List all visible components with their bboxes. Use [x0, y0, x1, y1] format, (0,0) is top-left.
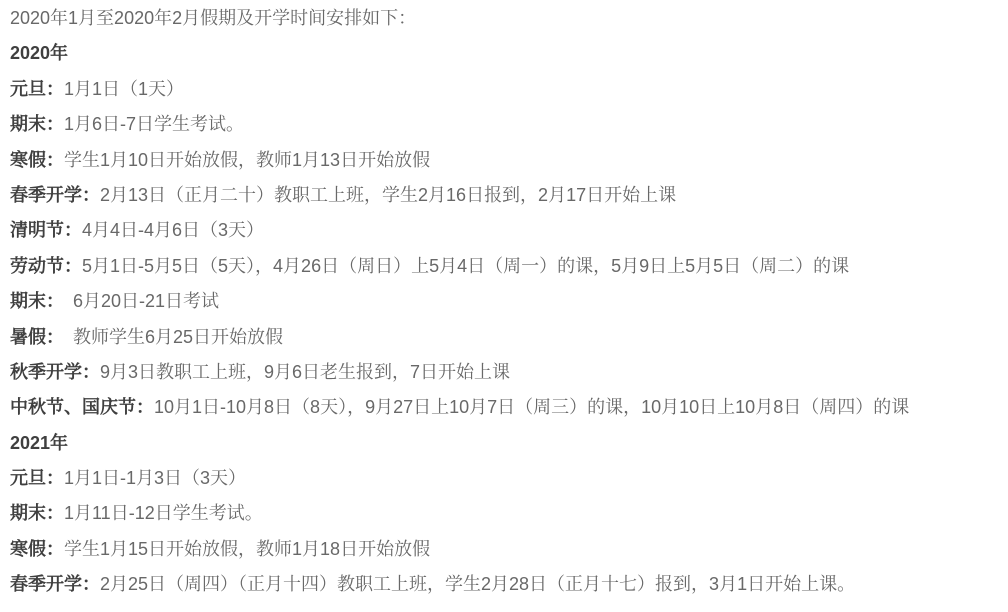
schedule-line-new-year-2021: 元旦：1月1日-1月3日（3天）	[10, 461, 998, 496]
line-text: 6月20日-21日考试	[55, 291, 219, 311]
line-label: 暑假：	[10, 327, 55, 347]
schedule-line-winter-vacation-2021: 寒假：学生1月15日开始放假，教师1月18日开始放假	[10, 532, 998, 567]
line-text: 1月1日-1月3日（3天）	[64, 468, 246, 488]
line-label: 2021年	[10, 433, 68, 453]
schedule-line-final-exam-jan: 期末：1月6日-7日学生考试。	[10, 107, 998, 142]
schedule-line-final-exam-jan-2021: 期末：1月11日-12日学生考试。	[10, 496, 998, 531]
document: 2020年1月至2020年2月假期及开学时间安排如下： 2020年 元旦：1月1…	[0, 0, 1008, 603]
line-text: 5月1日-5月5日（5天），4月26日（周日）上5月4日（周一）的课，5月9日上…	[82, 256, 849, 276]
schedule-line-labor-day: 劳动节：5月1日-5月5日（5天），4月26日（周日）上5月4日（周一）的课，5…	[10, 249, 998, 284]
line-text: 2月13日（正月二十）教职工上班，学生2月16日报到，2月17日开始上课	[100, 185, 676, 205]
line-text: 学生1月15日开始放假，教师1月18日开始放假	[64, 539, 430, 559]
schedule-line-summer-vacation: 暑假： 教师学生6月25日开始放假	[10, 320, 998, 355]
line-text: 1月1日（1天）	[64, 79, 184, 99]
schedule-line-new-year-2020: 元旦：1月1日（1天）	[10, 72, 998, 107]
schedule-line-winter-vacation-2020: 寒假：学生1月10日开始放假，教师1月13日开始放假	[10, 143, 998, 178]
line-label: 元旦：	[10, 79, 64, 99]
line-label: 中秋节、国庆节：	[10, 397, 154, 417]
schedule-line-final-exam-jun: 期末： 6月20日-21日考试	[10, 284, 998, 319]
line-label: 元旦：	[10, 468, 64, 488]
line-text: 9月3日教职工上班，9月6日老生报到，7日开始上课	[100, 362, 510, 382]
line-label: 寒假：	[10, 150, 64, 170]
line-text: 1月6日-7日学生考试。	[64, 114, 244, 134]
schedule-line-spring-semester-2020: 春季开学：2月13日（正月二十）教职工上班，学生2月16日报到，2月17日开始上…	[10, 178, 998, 213]
line-text: 10月1日-10月8日（8天），9月27日上10月7日（周三）的课，10月10日…	[154, 397, 909, 417]
line-label: 清明节：	[10, 220, 82, 240]
line-label: 期末：	[10, 291, 55, 311]
line-label: 春季开学：	[10, 574, 100, 594]
intro-line: 2020年1月至2020年2月假期及开学时间安排如下：	[10, 1, 998, 36]
line-label: 秋季开学：	[10, 362, 100, 382]
schedule-line-autumn-semester: 秋季开学：9月3日教职工上班，9月6日老生报到，7日开始上课	[10, 355, 998, 390]
line-label: 期末：	[10, 503, 64, 523]
line-text: 4月4日-4月6日（3天）	[82, 220, 264, 240]
schedule-line-mid-autumn-national-day: 中秋节、国庆节：10月1日-10月8日（8天），9月27日上10月7日（周三）的…	[10, 390, 998, 425]
line-label: 春季开学：	[10, 185, 100, 205]
year-header-2021: 2021年	[10, 426, 998, 461]
line-label: 期末：	[10, 114, 64, 134]
line-text: 教师学生6月25日开始放假	[55, 327, 283, 347]
line-text: 2020年1月至2020年2月假期及开学时间安排如下：	[10, 8, 416, 28]
schedule-line-spring-semester-2021: 春季开学：2月25日（周四）（正月十四）教职工上班，学生2月28日（正月十七）报…	[10, 567, 998, 602]
line-text: 学生1月10日开始放假，教师1月13日开始放假	[64, 150, 430, 170]
line-label: 劳动节：	[10, 256, 82, 276]
line-text: 2月25日（周四）（正月十四）教职工上班，学生2月28日（正月十七）报到，3月1…	[100, 574, 855, 594]
schedule-line-qingming: 清明节：4月4日-4月6日（3天）	[10, 213, 998, 248]
line-text: 1月11日-12日学生考试。	[64, 503, 263, 523]
line-label: 寒假：	[10, 539, 64, 559]
year-header-2020: 2020年	[10, 36, 998, 71]
line-label: 2020年	[10, 43, 68, 63]
